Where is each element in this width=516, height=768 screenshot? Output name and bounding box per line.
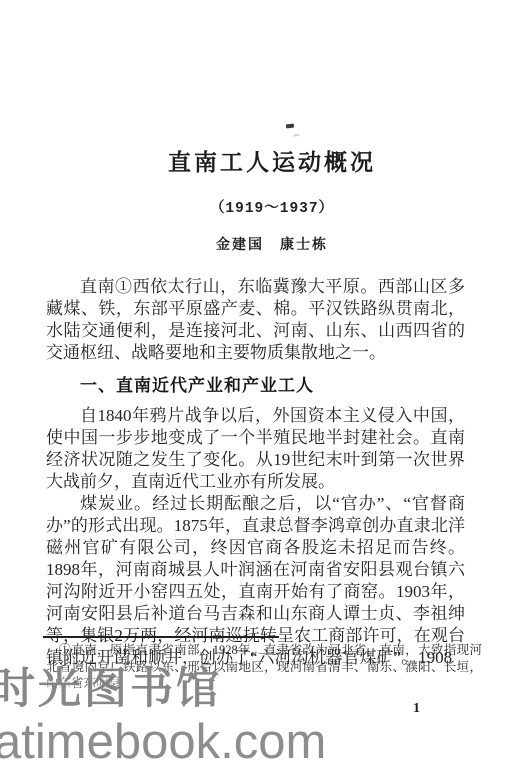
scanned-book-page: 直南工人运动概况 （1919～1937） 金建国 康士栋 直南①西依太行山，东临… bbox=[0, 0, 516, 768]
article-body: 直南①西依太行山，东临冀豫大平原。西部山区多藏煤、铁，东部平原盛产麦、棉。平汉铁… bbox=[46, 276, 465, 669]
site-url-watermark: atimebook.com bbox=[0, 714, 326, 768]
article-authors: 金建国 康士栋 bbox=[50, 234, 494, 254]
footnote-divider bbox=[43, 636, 279, 638]
intro-paragraph: 直南①西依太行山，东临冀豫大平原。西部山区多藏煤、铁，东部平原盛产麦、棉。平汉铁… bbox=[46, 276, 465, 364]
footnote-text: ①直南，原指直隶省南部。1928年，直隶省改为河北省。直南，大致指现河北省境内京… bbox=[46, 642, 482, 692]
article-title: 直南工人运动概况 bbox=[50, 144, 494, 177]
page-number: 1 bbox=[413, 701, 420, 717]
page-header: 直南工人运动概况 （1919～1937） 金建国 康士栋 bbox=[50, 0, 494, 74]
section-heading: 一、直南近代产业和产业工人 bbox=[46, 375, 465, 397]
article-date-range: （1919～1937） bbox=[50, 196, 494, 217]
body-paragraph-1: 自1840年鸦片战争以后，外国资本主义侵入中国，使中国一步步地变成了一个半殖民地… bbox=[46, 405, 465, 493]
scan-speck-mark bbox=[286, 123, 294, 128]
